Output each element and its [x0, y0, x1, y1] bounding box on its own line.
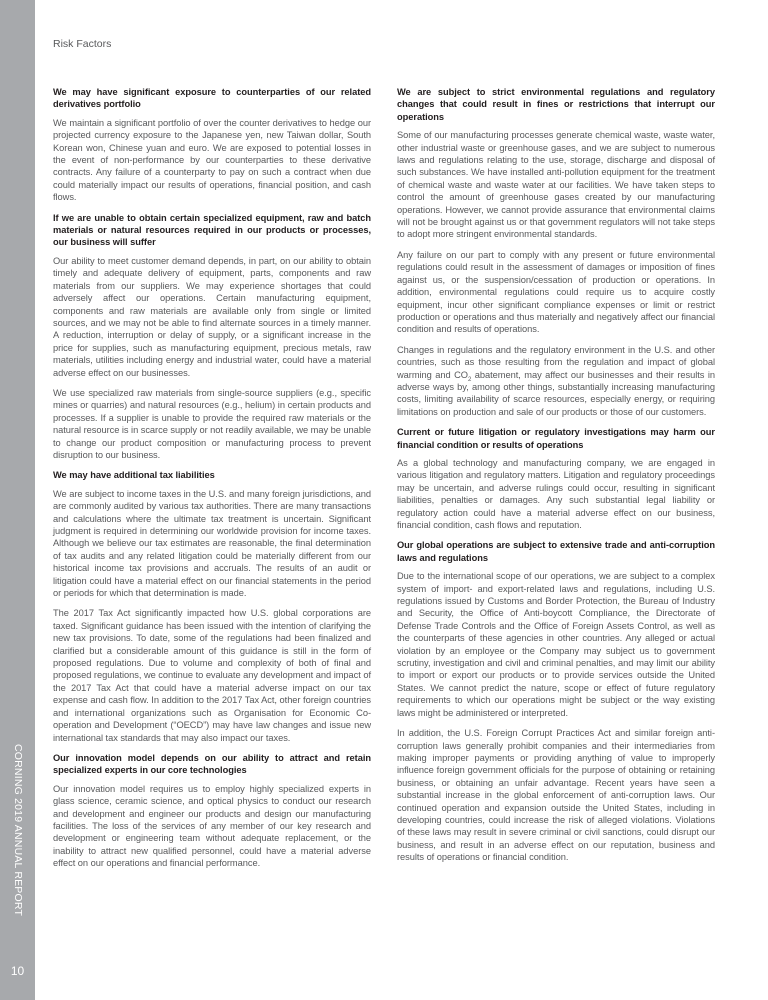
sidebar-band: CORNING 2019 ANNUAL REPORT 10 — [0, 0, 35, 1000]
section-heading: Our global operations are subject to ext… — [397, 539, 715, 564]
paragraph: Any failure on our part to comply with a… — [397, 249, 715, 336]
section-heading: Our innovation model depends on our abil… — [53, 752, 371, 777]
paragraph: Some of our manufacturing processes gene… — [397, 129, 715, 241]
risk-litigation: Current or future litigation or regulato… — [397, 426, 715, 531]
page-number: 10 — [0, 964, 35, 978]
paragraph: Our innovation model requires us to empl… — [53, 783, 371, 870]
paragraph: Our ability to meet customer demand depe… — [53, 255, 371, 379]
section-label: Risk Factors — [53, 38, 111, 50]
paragraph: We maintain a significant portfolio of o… — [53, 117, 371, 204]
risk-innovation-experts: Our innovation model depends on our abil… — [53, 752, 371, 870]
risk-derivatives-counterparties: We may have significant exposure to coun… — [53, 86, 371, 204]
risk-tax-liabilities: We may have additional tax liabilities W… — [53, 469, 371, 744]
section-heading: We may have significant exposure to coun… — [53, 86, 371, 111]
section-heading: If we are unable to obtain certain speci… — [53, 212, 371, 249]
paragraph: As a global technology and manufacturing… — [397, 457, 715, 531]
left-column: We may have significant exposure to coun… — [53, 86, 371, 878]
paragraph: The 2017 Tax Act significantly impacted … — [53, 607, 371, 743]
section-heading: We are subject to strict environmental r… — [397, 86, 715, 123]
risk-trade-anticorruption: Our global operations are subject to ext… — [397, 539, 715, 863]
paragraph: In addition, the U.S. Foreign Corrupt Pr… — [397, 727, 715, 863]
section-heading: We may have additional tax liabilities — [53, 469, 371, 481]
paragraph: We are subject to income taxes in the U.… — [53, 488, 371, 600]
right-column: We are subject to strict environmental r… — [397, 86, 715, 872]
risk-specialized-equipment: If we are unable to obtain certain speci… — [53, 212, 371, 462]
report-title-vertical: CORNING 2019 ANNUAL REPORT — [3, 744, 33, 944]
section-heading: Current or future litigation or regulato… — [397, 426, 715, 451]
paragraph: We use specialized raw materials from si… — [53, 387, 371, 461]
paragraph: Changes in regulations and the regulator… — [397, 344, 715, 418]
risk-environmental-regulations: We are subject to strict environmental r… — [397, 86, 715, 418]
paragraph: Due to the international scope of our op… — [397, 570, 715, 719]
